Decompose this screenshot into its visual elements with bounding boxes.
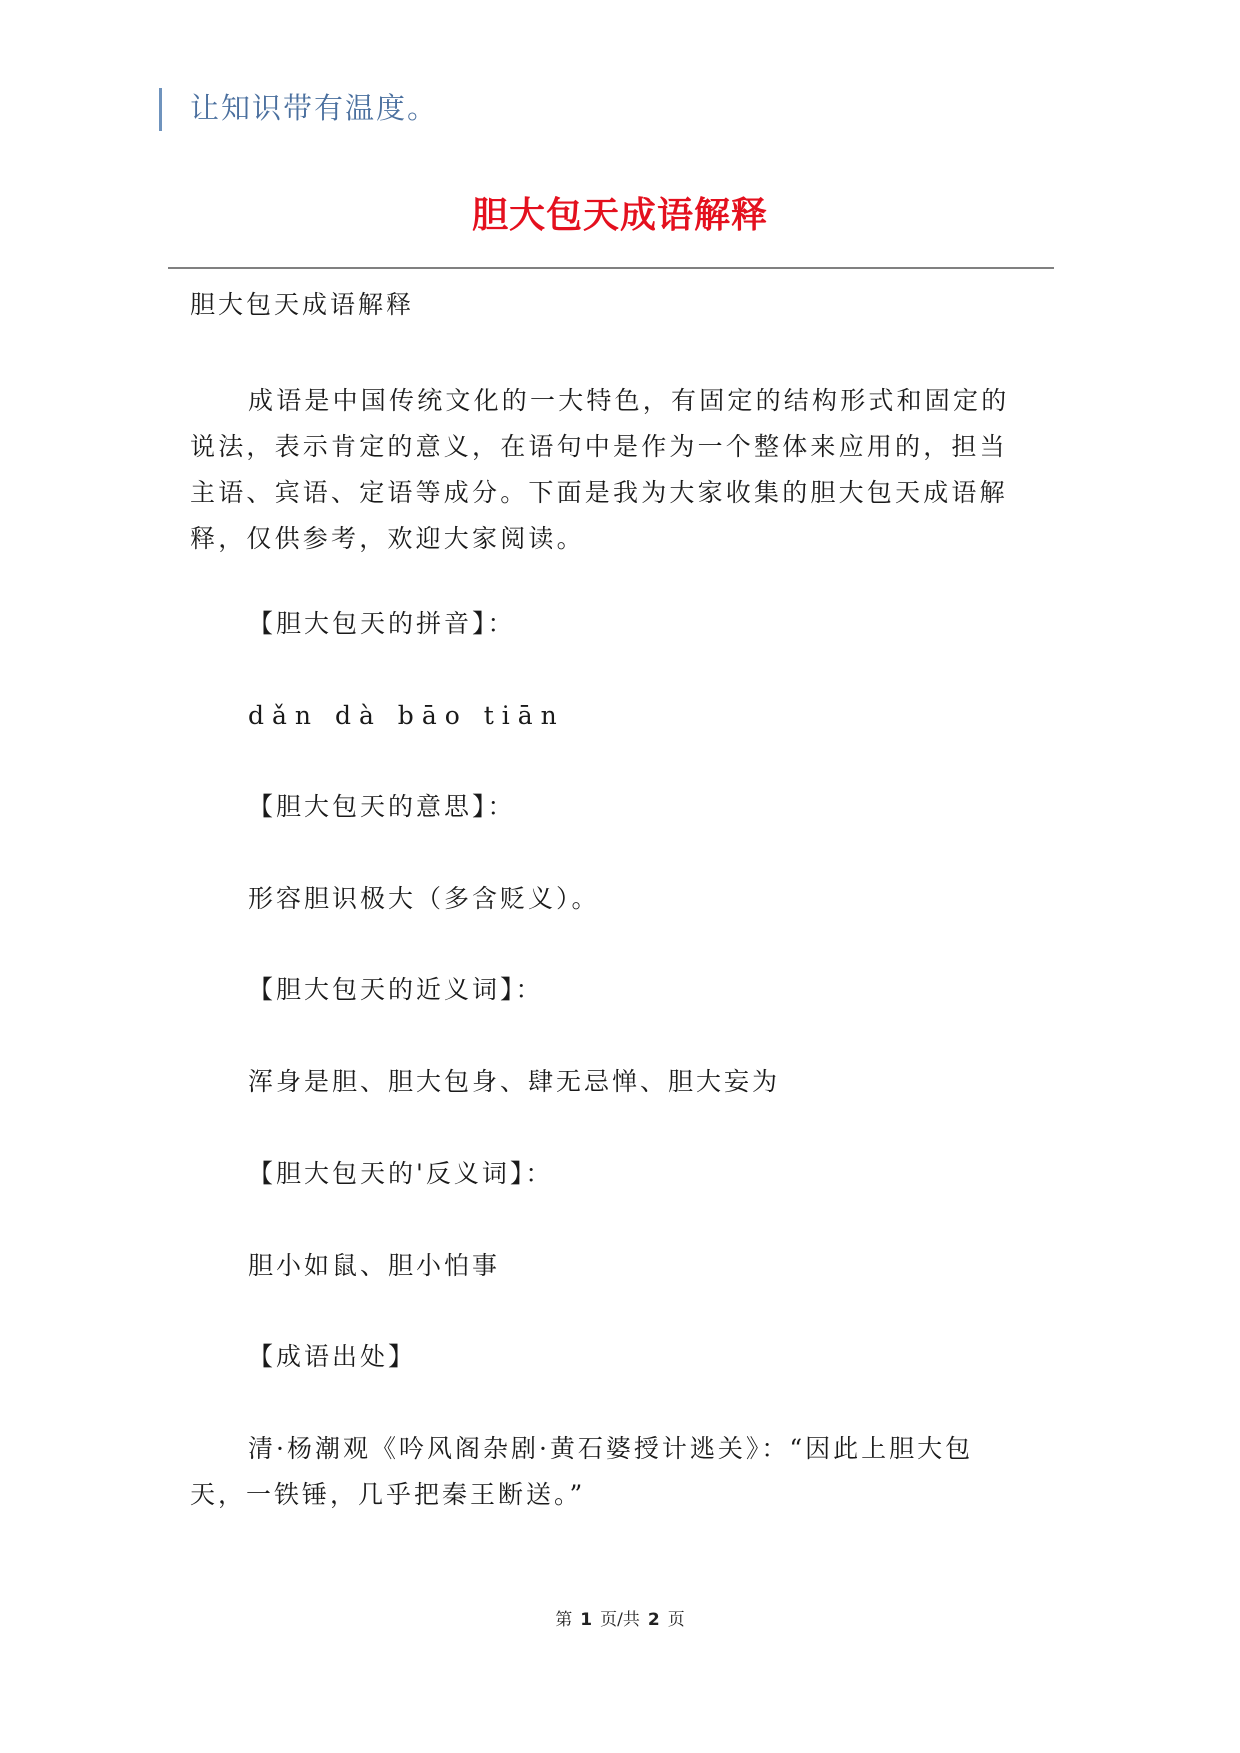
- document-subtitle: 胆大包天成语解释: [190, 282, 1050, 328]
- section-content-antonyms: 胆小如鼠、胆小怕事: [248, 1243, 1108, 1289]
- section-content-origin-line: 清·杨潮观《吟风阁杂剧·黄石婆授计逃关》：“因此上胆大包: [248, 1426, 1108, 1472]
- intro-line: 成语是中国传统文化的一大特色，有固定的结构形式和固定的: [190, 378, 1070, 424]
- section-content-origin-line: 天，一铁锤，几乎把秦王断送。”: [190, 1472, 1050, 1518]
- section-content-meaning: 形容胆识极大（多含贬义）。: [248, 876, 1108, 922]
- section-heading-origin: 【成语出处】: [248, 1334, 1108, 1380]
- section-content-pinyin: dǎn dà bāo tiān: [248, 693, 1108, 739]
- header-slogan: 让知识带有温度。: [190, 88, 438, 128]
- footer-prefix: 第: [555, 1610, 572, 1630]
- header-accent-bar: [159, 88, 162, 131]
- intro-line: 释，仅供参考，欢迎大家阅读。: [190, 516, 1070, 562]
- section-heading-synonyms: 【胆大包天的近义词】：: [248, 967, 1108, 1013]
- footer-total-pages: 2: [648, 1610, 660, 1630]
- footer-suffix: 页: [668, 1610, 685, 1630]
- footer-current-page: 1: [580, 1610, 592, 1630]
- intro-paragraph: 成语是中国传统文化的一大特色，有固定的结构形式和固定的 说法，表示肯定的意义，在…: [190, 378, 1070, 562]
- intro-line: 说法，表示肯定的意义，在语句中是作为一个整体来应用的，担当: [190, 424, 1070, 470]
- section-heading-meaning: 【胆大包天的意思】：: [248, 784, 1108, 830]
- document-title: 胆大包天成语解释: [0, 192, 1240, 240]
- section-content-synonyms: 浑身是胆、胆大包身、肆无忌惮、胆大妄为: [248, 1059, 1108, 1105]
- page-footer: 第1页/共2页: [0, 1605, 1240, 1630]
- section-heading-antonyms: 【胆大包天的'反义词】：: [248, 1151, 1108, 1197]
- section-heading-pinyin: 【胆大包天的拼音】：: [248, 601, 1108, 647]
- intro-line: 主语、宾语、定语等成分。下面是我为大家收集的胆大包天成语解: [190, 470, 1070, 516]
- title-divider: [168, 267, 1054, 269]
- footer-middle: 页/共: [600, 1610, 640, 1630]
